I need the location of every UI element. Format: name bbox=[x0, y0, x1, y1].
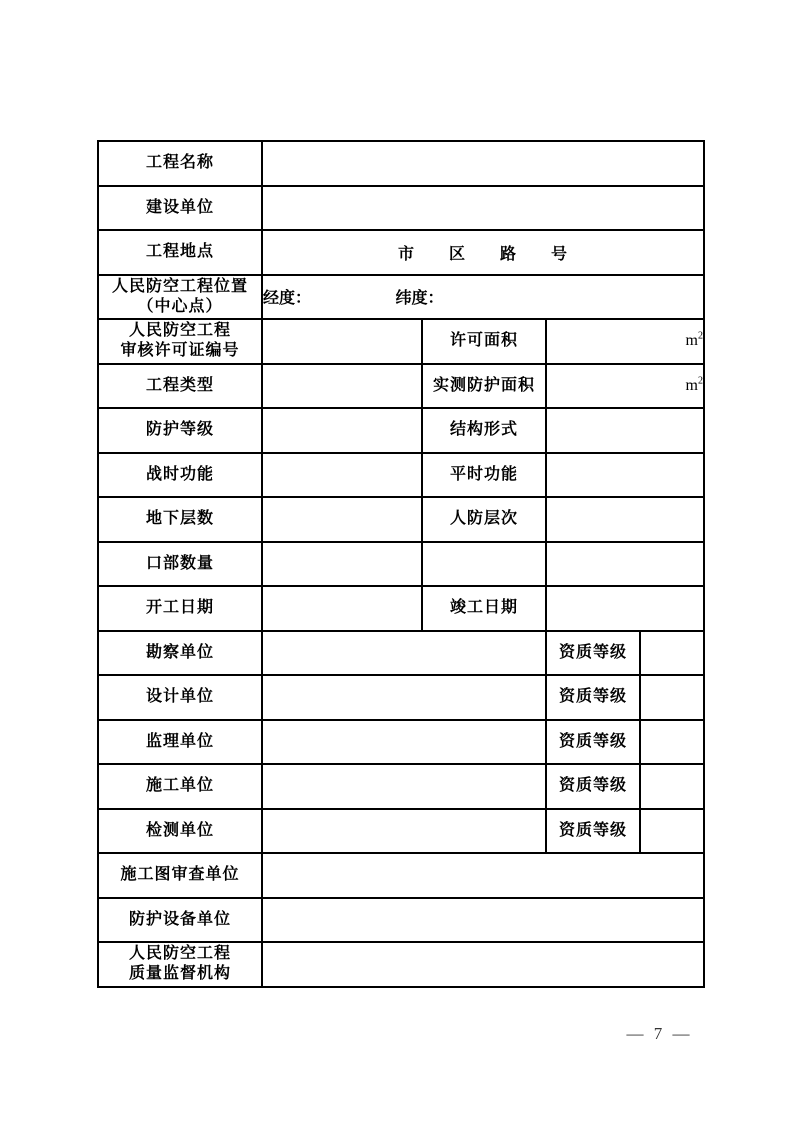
row-entrance-count: 口部数量 bbox=[98, 542, 704, 587]
quality-supervision-label-line2: 质量监督机构 bbox=[99, 964, 261, 984]
protection-grade-value-cell bbox=[262, 408, 422, 453]
row-wartime-function: 战时功能 平时功能 bbox=[98, 453, 704, 498]
peacetime-function-label: 平时功能 bbox=[422, 453, 546, 498]
project-name-value-cell bbox=[262, 141, 704, 186]
entrance-count-extra-label-cell bbox=[422, 542, 546, 587]
entrance-count-value-cell bbox=[262, 542, 422, 587]
unit-m: m bbox=[686, 377, 698, 394]
survey-grade-value-cell bbox=[640, 631, 704, 676]
row-design-unit: 设计单位 资质等级 bbox=[98, 675, 704, 720]
document-page: 工程名称 建设单位 工程地点 市 区 路 号 人民防空工程位置 （中心点） 经度… bbox=[0, 0, 793, 1122]
row-project-name: 工程名称 bbox=[98, 141, 704, 186]
row-drawing-review-unit: 施工图审查单位 bbox=[98, 853, 704, 898]
measured-area-label: 实测防护面积 bbox=[422, 364, 546, 409]
row-quality-supervision: 人民防空工程 质量监督机构 bbox=[98, 942, 704, 987]
drawing-review-unit-label: 施工图审查单位 bbox=[98, 853, 262, 898]
row-start-date: 开工日期 竣工日期 bbox=[98, 586, 704, 631]
project-name-label: 工程名称 bbox=[98, 141, 262, 186]
permit-number-value-cell bbox=[262, 319, 422, 364]
protection-grade-label: 防护等级 bbox=[98, 408, 262, 453]
wartime-function-label: 战时功能 bbox=[98, 453, 262, 498]
start-date-label: 开工日期 bbox=[98, 586, 262, 631]
row-project-location: 工程地点 市 区 路 号 bbox=[98, 230, 704, 275]
row-testing-unit: 检测单位 资质等级 bbox=[98, 809, 704, 854]
unit-sup-2: 2 bbox=[698, 375, 703, 386]
design-grade-label: 资质等级 bbox=[546, 675, 640, 720]
survey-unit-label: 勘察单位 bbox=[98, 631, 262, 676]
supervision-grade-label: 资质等级 bbox=[546, 720, 640, 765]
civil-defense-levels-value-cell bbox=[546, 497, 704, 542]
latitude-label: 纬度： bbox=[395, 290, 443, 307]
construction-grade-label: 资质等级 bbox=[546, 764, 640, 809]
supervision-unit-label: 监理单位 bbox=[98, 720, 262, 765]
completion-date-label: 竣工日期 bbox=[422, 586, 546, 631]
structure-form-value-cell bbox=[546, 408, 704, 453]
permit-number-label: 人民防空工程 审核许可证编号 bbox=[98, 319, 262, 364]
underground-floors-value-cell bbox=[262, 497, 422, 542]
protective-equipment-unit-value-cell bbox=[262, 898, 704, 943]
survey-grade-label: 资质等级 bbox=[546, 631, 640, 676]
start-date-value-cell bbox=[262, 586, 422, 631]
row-protective-equipment-unit: 防护设备单位 bbox=[98, 898, 704, 943]
row-permit-number: 人民防空工程 审核许可证编号 许可面积 m2 bbox=[98, 319, 704, 364]
quality-supervision-value-cell bbox=[262, 942, 704, 987]
longitude-label: 经度： bbox=[263, 290, 311, 307]
construction-contractor-value-cell bbox=[262, 764, 546, 809]
permit-number-label-line2: 审核许可证编号 bbox=[99, 341, 261, 361]
row-supervision-unit: 监理单位 资质等级 bbox=[98, 720, 704, 765]
testing-grade-value-cell bbox=[640, 809, 704, 854]
row-construction-contractor: 施工单位 资质等级 bbox=[98, 764, 704, 809]
position-value-cell: 经度： 纬度： bbox=[262, 275, 704, 320]
design-unit-label: 设计单位 bbox=[98, 675, 262, 720]
row-position: 人民防空工程位置 （中心点） 经度： 纬度： bbox=[98, 275, 704, 320]
design-grade-value-cell bbox=[640, 675, 704, 720]
quality-supervision-label: 人民防空工程 质量监督机构 bbox=[98, 942, 262, 987]
project-registration-table: 工程名称 建设单位 工程地点 市 区 路 号 人民防空工程位置 （中心点） 经度… bbox=[97, 140, 705, 988]
project-location-label: 工程地点 bbox=[98, 230, 262, 275]
row-protection-grade: 防护等级 结构形式 bbox=[98, 408, 704, 453]
position-label-line2: （中心点） bbox=[99, 297, 261, 317]
construction-unit-label: 建设单位 bbox=[98, 186, 262, 231]
permitted-area-value-cell: m2 bbox=[546, 319, 704, 364]
supervision-unit-value-cell bbox=[262, 720, 546, 765]
row-survey-unit: 勘察单位 资质等级 bbox=[98, 631, 704, 676]
page-number: — 7 — bbox=[600, 1024, 716, 1044]
unit-sup-2: 2 bbox=[698, 331, 703, 342]
testing-unit-label: 检测单位 bbox=[98, 809, 262, 854]
position-label: 人民防空工程位置 （中心点） bbox=[98, 275, 262, 320]
project-type-label: 工程类型 bbox=[98, 364, 262, 409]
entrance-count-extra-value-cell bbox=[546, 542, 704, 587]
entrance-count-label: 口部数量 bbox=[98, 542, 262, 587]
survey-unit-value-cell bbox=[262, 631, 546, 676]
testing-unit-value-cell bbox=[262, 809, 546, 854]
peacetime-function-value-cell bbox=[546, 453, 704, 498]
quality-supervision-label-line1: 人民防空工程 bbox=[99, 944, 261, 964]
design-unit-value-cell bbox=[262, 675, 546, 720]
measured-area-value-cell: m2 bbox=[546, 364, 704, 409]
unit-m: m bbox=[686, 332, 698, 349]
construction-unit-value-cell bbox=[262, 186, 704, 231]
underground-floors-label: 地下层数 bbox=[98, 497, 262, 542]
structure-form-label: 结构形式 bbox=[422, 408, 546, 453]
construction-contractor-label: 施工单位 bbox=[98, 764, 262, 809]
completion-date-value-cell bbox=[546, 586, 704, 631]
testing-grade-label: 资质等级 bbox=[546, 809, 640, 854]
construction-grade-value-cell bbox=[640, 764, 704, 809]
protective-equipment-unit-label: 防护设备单位 bbox=[98, 898, 262, 943]
position-label-line1: 人民防空工程位置 bbox=[99, 277, 261, 297]
civil-defense-levels-label: 人防层次 bbox=[422, 497, 546, 542]
row-project-type: 工程类型 实测防护面积 m2 bbox=[98, 364, 704, 409]
project-location-value-cell: 市 区 路 号 bbox=[262, 230, 704, 275]
drawing-review-unit-value-cell bbox=[262, 853, 704, 898]
row-construction-unit: 建设单位 bbox=[98, 186, 704, 231]
permitted-area-label: 许可面积 bbox=[422, 319, 546, 364]
project-type-value-cell bbox=[262, 364, 422, 409]
permit-number-label-line1: 人民防空工程 bbox=[99, 321, 261, 341]
supervision-grade-value-cell bbox=[640, 720, 704, 765]
row-underground-floors: 地下层数 人防层次 bbox=[98, 497, 704, 542]
wartime-function-value-cell bbox=[262, 453, 422, 498]
